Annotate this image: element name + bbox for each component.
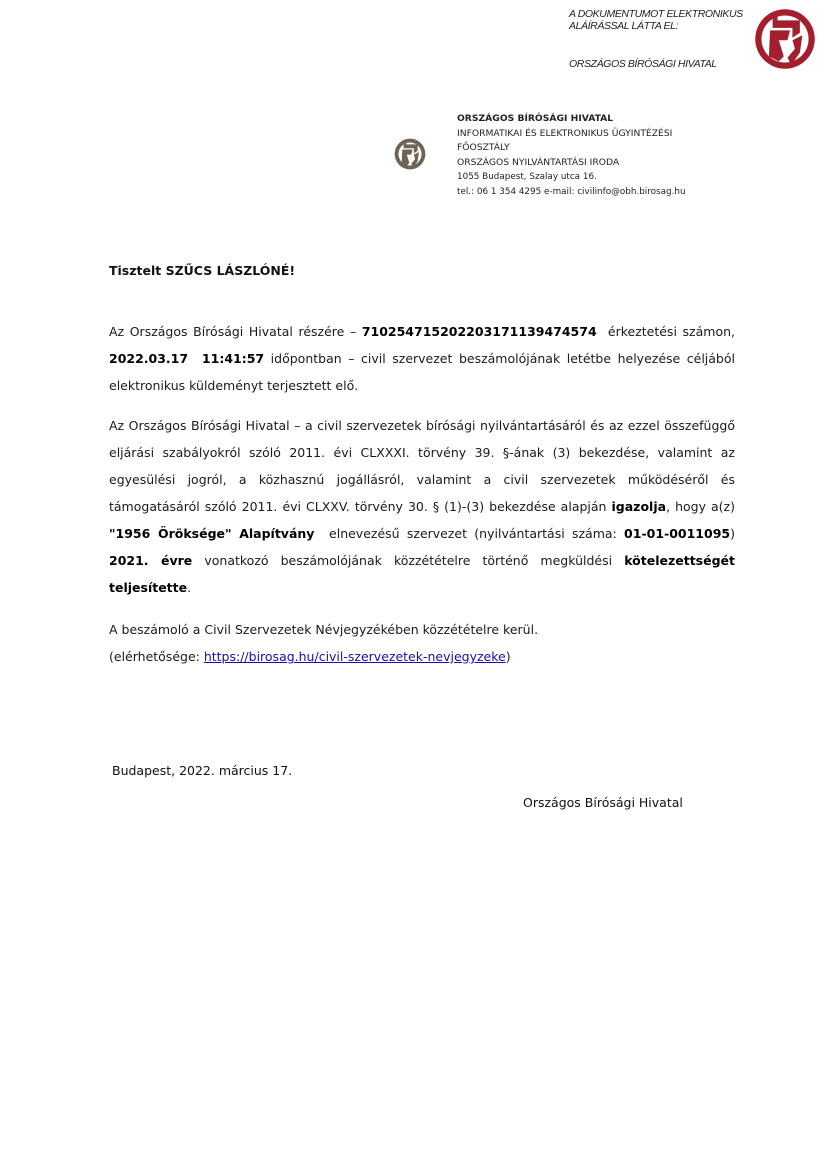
letterhead-org: ORSZÁGOS BÍRÓSÁGI HIVATAL [457,112,686,127]
organization-name: "1956 Öröksége" Alapítvány [109,526,314,541]
text: ) [506,649,511,664]
text: elnevezésű szervezet (nyilvántartási szá… [314,526,624,541]
registration-number: 01-01-0011095 [624,526,730,541]
submission-datetime: 2022.03.17 11:41:57 [109,351,264,366]
text: Az Országos Bírósági Hivatal részére – [109,324,362,339]
salutation: Tisztelt SZŰCS LÁSZLÓNÉ! [109,263,295,278]
letterhead-dept-2: FŐOSZTÁLY [457,141,686,156]
signer: Országos Bírósági Hivatal [523,795,683,810]
paragraph-certification: Az Országos Bírósági Hivatal – a civil s… [109,412,735,601]
arrival-number: 710254715202203171139474574 [362,324,597,339]
stamp-organization: ORSZÁGOS BÍRÓSÁGI HIVATAL [569,58,717,70]
letterhead-address: 1055 Budapest, Szalay utca 16. [457,170,686,185]
text: érkeztetési számon, [597,324,739,339]
text: . [187,580,191,595]
text: (elérhetősége: [109,649,204,664]
publication-note: A beszámoló a Civil Szervezetek Névjegyz… [109,616,735,643]
place-date: Budapest, 2022. március 17. [112,763,292,778]
text: ) [730,526,735,541]
text: vonatkozó beszámolójának közzétételre tö… [192,553,624,568]
registry-link[interactable]: https://birosag.hu/civil-szervezetek-nev… [204,649,506,664]
letterhead: ORSZÁGOS BÍRÓSÁGI HIVATAL INFORMATIKAI É… [457,112,686,199]
letterhead-contact: tel.: 06 1 354 4295 e-mail: civilinfo@ob… [457,185,686,200]
letterhead-office: ORSZÁGOS NYILVÁNTARTÁSI IRODA [457,156,686,171]
text: , hogy a(z) [666,499,735,514]
signature-stamp: A DOKUMENTUMOT ELEKTRONIKUS ALÁÍRÁSSAL L… [569,8,743,32]
letterhead-dept-1: INFORMATIKAI ÉS ELEKTRONIKUS ÜGYINTÉZÉSI [457,127,686,142]
paragraph-submission: Az Országos Bírósági Hivatal részére – 7… [109,318,735,399]
availability-line: (elérhetősége: https://birosag.hu/civil-… [109,643,735,670]
paragraph-publication: A beszámoló a Civil Szervezetek Névjegyz… [109,616,735,670]
obh-logo-icon [754,8,816,70]
certifies: igazolja [612,499,667,514]
stamp-line-2: ALÁÍRÁSSAL LÁTTA EL: [569,20,743,32]
report-year: 2021. évre [109,553,192,568]
stamp-line-1: A DOKUMENTUMOT ELEKTRONIKUS [569,8,743,20]
obh-logo-icon [394,138,426,170]
